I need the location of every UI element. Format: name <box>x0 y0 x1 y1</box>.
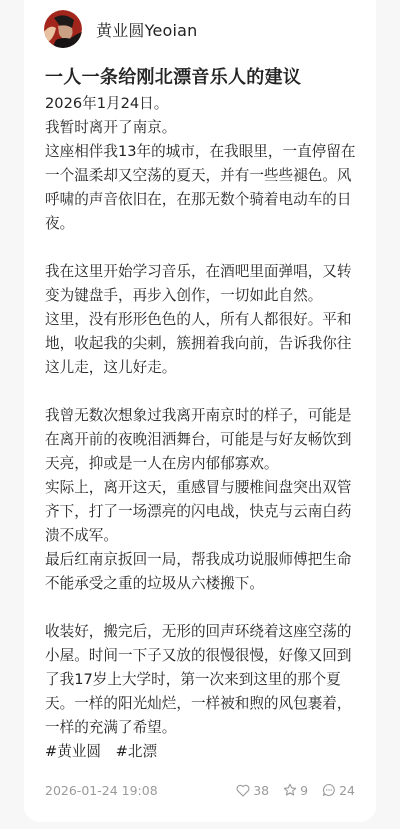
body-line: 不能承受之重的垃圾从六楼搬下。 <box>45 572 359 596</box>
body-line: 这座相伴我13年的城市，在我眼里，一直停留在 <box>45 140 359 164</box>
body-line: 这里，没有形形色色的人，所有人都很好。平和 <box>45 308 359 332</box>
comment-bubble-icon <box>322 783 336 797</box>
like-count: 38 <box>253 783 269 798</box>
body-line: 在离开前的夜晚泪洒舞台，可能是与好友畅饮到 <box>45 428 359 452</box>
body-line <box>45 380 359 404</box>
hashtag-beipiao[interactable]: #北漂 <box>116 743 157 760</box>
like-button[interactable]: 38 <box>236 783 269 798</box>
body-line: 了我17岁上大学时，第一次来到这里的那个夏 <box>45 668 359 692</box>
hashtag-huangyeyuan[interactable]: #黄业圆 <box>45 743 101 760</box>
body-line <box>45 236 359 260</box>
hashtag-list: #黄业圆 #北漂 <box>45 740 359 764</box>
favorite-count: 9 <box>300 783 308 798</box>
body-line: 2026年1月24日。 <box>45 92 359 116</box>
post-meta: 2026-01-24 19:08 38 9 24 <box>45 780 355 800</box>
body-line: 收装好，搬完后，无形的回声环绕着这座空荡的 <box>45 620 359 644</box>
post-timestamp: 2026-01-24 19:08 <box>45 783 158 798</box>
body-line <box>45 596 359 620</box>
body-line: 这儿走，这儿好走。 <box>45 356 359 380</box>
author-name[interactable]: 黄业圆Yeoian <box>96 18 197 41</box>
body-line: 溃不成军。 <box>45 524 359 548</box>
body-line: 夜。 <box>45 212 359 236</box>
body-line: 我曾无数次想象过我离开南京时的样子，可能是 <box>45 404 359 428</box>
body-line: 地，收起我的尖刺，簇拥着我向前，告诉我你往 <box>45 332 359 356</box>
star-icon <box>283 783 297 797</box>
body-line: 呼啸的声音依旧在，在那无数个骑着电动车的日 <box>45 188 359 212</box>
body-line: 小屋。时间一下子又放的很慢很慢，好像又回到 <box>45 644 359 668</box>
post-title: 一人一条给刚北漂音乐人的建议 <box>45 63 301 89</box>
body-line: 一样的充满了希望。 <box>45 716 359 740</box>
post-body: 2026年1月24日。 我暂时离开了南京。 这座相伴我13年的城市，在我眼里，一… <box>45 92 359 764</box>
body-line: 一个温柔却又空荡的夏天，并有一些些褪色。风 <box>45 164 359 188</box>
post-header: 黄业圆Yeoian <box>44 10 197 48</box>
body-line: 天亮，抑或是一人在房内郁郁寡欢。 <box>45 452 359 476</box>
body-line: 最后红南京扳回一局，帮我成功说服师傅把生命 <box>45 548 359 572</box>
body-line: 变为键盘手，再步入创作，一切如此自然。 <box>45 284 359 308</box>
favorite-button[interactable]: 9 <box>283 783 308 798</box>
body-line: 实际上，离开这天，重感冒与腰椎间盘突出双管 <box>45 476 359 500</box>
body-line: 齐下，打了一场漂亮的闪电战，快克与云南白药 <box>45 500 359 524</box>
body-line: 我暂时离开了南京。 <box>45 116 359 140</box>
body-line: 我在这里开始学习音乐，在酒吧里面弹唱，又转 <box>45 260 359 284</box>
heart-icon <box>236 784 250 797</box>
post-stats: 38 9 24 <box>222 783 355 798</box>
body-line: 天。一样的阳光灿烂，一样被和煦的风包裹着， <box>45 692 359 716</box>
comment-button[interactable]: 24 <box>322 783 355 798</box>
user-avatar-icon <box>44 10 82 48</box>
author-avatar[interactable] <box>44 10 82 48</box>
comment-count: 24 <box>339 783 355 798</box>
